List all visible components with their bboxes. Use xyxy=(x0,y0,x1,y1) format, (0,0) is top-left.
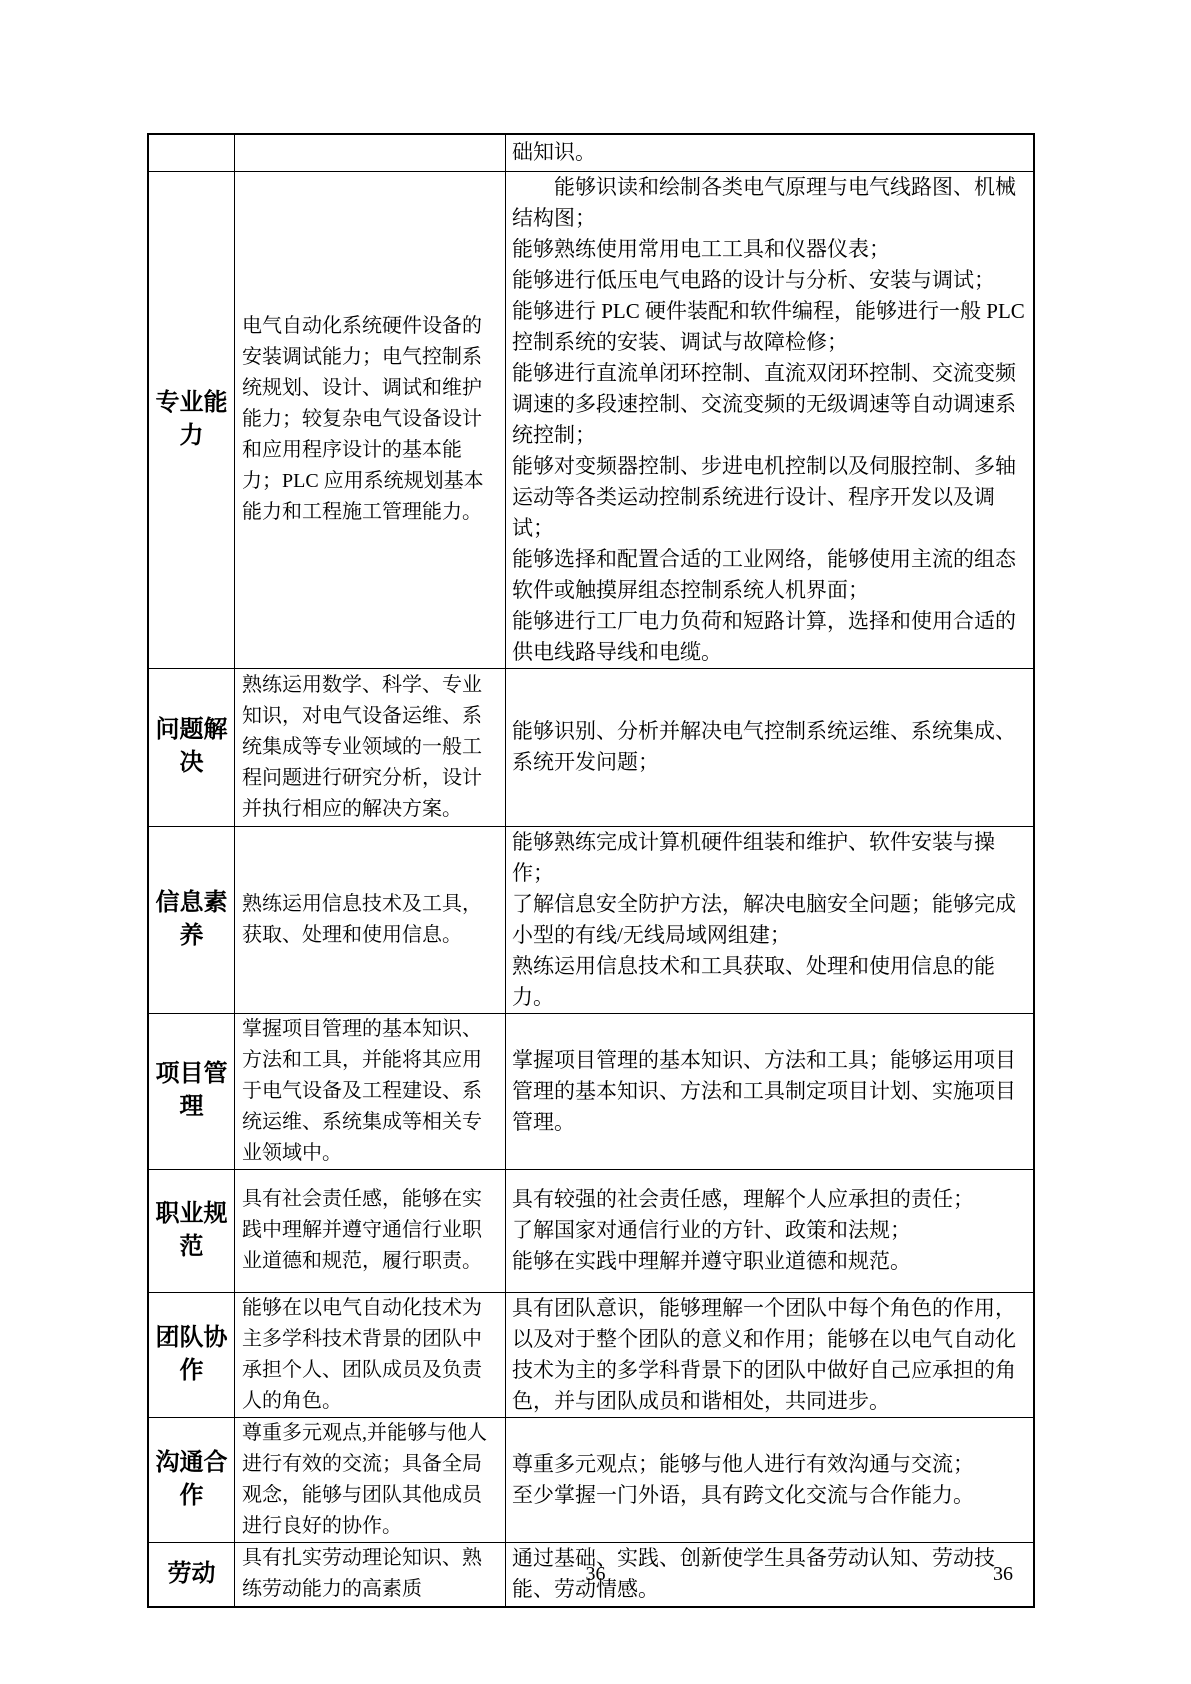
table-row: 团队协作 能够在以电气自动化技术为主多学科技术背景的团队中承担个人、团队成员及负… xyxy=(148,1292,1034,1417)
middle-text: 熟练运用数学、科学、专业知识，对电气设备运维、系统集成等专业领域的一般工程问题进… xyxy=(242,670,498,825)
detail-cell: 掌握项目管理的基本知识、方法和工具；能够运用项目管理的基本知识、方法和工具制定项… xyxy=(506,1013,1035,1169)
table-row: 信息素养 熟练运用信息技术及工具，获取、处理和使用信息。 能够熟练完成计算机硬件… xyxy=(148,826,1034,1013)
detail-paragraph: 具有团队意识，能够理解一个团队中每个角色的作用，以及对于整个团队的意义和作用；能… xyxy=(512,1293,1027,1417)
detail-paragraph: 熟练运用信息技术和工具获取、处理和使用信息的能力。 xyxy=(512,951,1027,1013)
label-cell: 项目管理 xyxy=(148,1013,235,1169)
detail-text: 础知识。 xyxy=(512,137,1027,168)
detail-text: 能够识别、分析并解决电气控制系统运维、系统集成、系统开发问题； xyxy=(512,716,1027,778)
detail-cell: 具有团队意识，能够理解一个团队中每个角色的作用，以及对于整个团队的意义和作用；能… xyxy=(506,1292,1035,1417)
label-cell: 职业规范 xyxy=(148,1169,235,1292)
detail-paragraph: 了解国家对通信行业的方针、政策和法规； xyxy=(512,1215,1027,1246)
label-cell: 沟通合作 xyxy=(148,1417,235,1542)
detail-text: 尊重多元观点；能够与他人进行有效沟通与交流；至少掌握一门外语，具有跨文化交流与合… xyxy=(512,1449,1027,1511)
label-cell: 团队协作 xyxy=(148,1292,235,1417)
detail-cell: 础知识。 xyxy=(506,134,1035,171)
footer-page-number-right: 36 xyxy=(993,1562,1013,1586)
table-row: 职业规范 具有社会责任感，能够在实践中理解并遵守通信行业职业道德和规范，履行职责… xyxy=(148,1169,1034,1292)
middle-cell: 掌握项目管理的基本知识、方法和工具，并能将其应用于电气设备及工程建设、系统运维、… xyxy=(235,1013,506,1169)
detail-cell: 能够熟练完成计算机硬件组装和维护、软件安装与操作；了解信息安全防护方法，解决电脑… xyxy=(506,826,1035,1013)
row-label: 沟通合作 xyxy=(154,1447,229,1513)
detail-text: 能够熟练完成计算机硬件组装和维护、软件安装与操作；了解信息安全防护方法，解决电脑… xyxy=(512,827,1027,1013)
row-label: 问题解决 xyxy=(154,714,229,780)
detail-paragraph: 至少掌握一门外语，具有跨文化交流与合作能力。 xyxy=(512,1480,1027,1511)
detail-paragraph: 础知识。 xyxy=(512,137,1027,168)
middle-cell: 熟练运用数学、科学、专业知识，对电气设备运维、系统集成等专业领域的一般工程问题进… xyxy=(235,668,506,826)
detail-paragraph: 能够在实践中理解并遵守职业道德和规范。 xyxy=(512,1246,1027,1277)
detail-paragraph: 能够识读和绘制各类电气原理与电气线路图、机械结构图； xyxy=(512,172,1027,234)
row-label: 信息素养 xyxy=(154,887,229,953)
row-label: 团队协作 xyxy=(154,1322,229,1388)
middle-text: 尊重多元观点,并能够与他人进行有效的交流；具备全局观念，能够与团队其他成员进行良… xyxy=(242,1418,498,1542)
detail-paragraph: 能够识别、分析并解决电气控制系统运维、系统集成、系统开发问题； xyxy=(512,716,1027,778)
detail-cell: 具有较强的社会责任感，理解个人应承担的责任；了解国家对通信行业的方针、政策和法规… xyxy=(506,1169,1035,1292)
detail-paragraph: 能够选择和配置合适的工业网络，能够使用主流的组态软件或触摸屏组态控制系统人机界面… xyxy=(512,544,1027,606)
middle-text: 能够在以电气自动化技术为主多学科技术背景的团队中承担个人、团队成员及负责人的角色… xyxy=(242,1293,498,1417)
table-row: 项目管理 掌握项目管理的基本知识、方法和工具，并能将其应用于电气设备及工程建设、… xyxy=(148,1013,1034,1169)
label-cell: 信息素养 xyxy=(148,826,235,1013)
detail-text: 具有团队意识，能够理解一个团队中每个角色的作用，以及对于整个团队的意义和作用；能… xyxy=(512,1293,1027,1417)
detail-paragraph: 了解信息安全防护方法，解决电脑安全问题；能够完成小型的有线/无线局域网组建； xyxy=(512,889,1027,951)
row-label: 专业能力 xyxy=(154,387,229,453)
middle-text: 电气自动化系统硬件设备的安装调试能力；电气控制系统规划、设计、调试和维护能力；较… xyxy=(242,311,498,528)
label-cell: 专业能力 xyxy=(148,171,235,668)
middle-text: 熟练运用信息技术及工具，获取、处理和使用信息。 xyxy=(242,889,498,951)
document-page: 础知识。 专业能力 电气自动化系统硬件设备的安装调试能力；电气控制系统规划、设计… xyxy=(0,0,1191,1684)
detail-cell: 能够识读和绘制各类电气原理与电气线路图、机械结构图；能够熟练使用常用电工工具和仪… xyxy=(506,171,1035,668)
middle-cell xyxy=(235,134,506,171)
detail-paragraph: 具有较强的社会责任感，理解个人应承担的责任； xyxy=(512,1184,1027,1215)
detail-paragraph: 能够进行直流单闭环控制、直流双闭环控制、交流变频调速的多段速控制、交流变频的无级… xyxy=(512,358,1027,451)
middle-text: 掌握项目管理的基本知识、方法和工具，并能将其应用于电气设备及工程建设、系统运维、… xyxy=(242,1014,498,1169)
table-row: 问题解决 熟练运用数学、科学、专业知识，对电气设备运维、系统集成等专业领域的一般… xyxy=(148,668,1034,826)
detail-paragraph: 能够熟练完成计算机硬件组装和维护、软件安装与操作； xyxy=(512,827,1027,889)
detail-paragraph: 能够进行低压电气电路的设计与分析、安装与调试； xyxy=(512,265,1027,296)
detail-paragraph: 能够对变频器控制、步进电机控制以及伺服控制、多轴运动等各类运动控制系统进行设计、… xyxy=(512,451,1027,544)
detail-cell: 能够识别、分析并解决电气控制系统运维、系统集成、系统开发问题； xyxy=(506,668,1035,826)
middle-cell: 能够在以电气自动化技术为主多学科技术背景的团队中承担个人、团队成员及负责人的角色… xyxy=(235,1292,506,1417)
detail-cell: 尊重多元观点；能够与他人进行有效沟通与交流；至少掌握一门外语，具有跨文化交流与合… xyxy=(506,1417,1035,1542)
detail-text: 掌握项目管理的基本知识、方法和工具；能够运用项目管理的基本知识、方法和工具制定项… xyxy=(512,1045,1027,1138)
middle-cell: 电气自动化系统硬件设备的安装调试能力；电气控制系统规划、设计、调试和维护能力；较… xyxy=(235,171,506,668)
label-cell: 问题解决 xyxy=(148,668,235,826)
detail-text: 能够识读和绘制各类电气原理与电气线路图、机械结构图；能够熟练使用常用电工工具和仪… xyxy=(512,172,1027,668)
detail-paragraph: 能够进行 PLC 硬件装配和软件编程，能够进行一般 PLC 控制系统的安装、调试… xyxy=(512,296,1027,358)
detail-text: 具有较强的社会责任感，理解个人应承担的责任；了解国家对通信行业的方针、政策和法规… xyxy=(512,1184,1027,1277)
table-row: 础知识。 xyxy=(148,134,1034,171)
detail-paragraph: 能够熟练使用常用电工工具和仪器仪表； xyxy=(512,234,1027,265)
middle-cell: 具有社会责任感，能够在实践中理解并遵守通信行业职业道德和规范，履行职责。 xyxy=(235,1169,506,1292)
competency-table: 础知识。 专业能力 电气自动化系统硬件设备的安装调试能力；电气控制系统规划、设计… xyxy=(147,133,1035,1608)
detail-paragraph: 掌握项目管理的基本知识、方法和工具；能够运用项目管理的基本知识、方法和工具制定项… xyxy=(512,1045,1027,1138)
row-label: 项目管理 xyxy=(154,1058,229,1124)
table-row: 沟通合作 尊重多元观点,并能够与他人进行有效的交流；具备全局观念，能够与团队其他… xyxy=(148,1417,1034,1542)
detail-paragraph: 尊重多元观点；能够与他人进行有效沟通与交流； xyxy=(512,1449,1027,1480)
middle-cell: 尊重多元观点,并能够与他人进行有效的交流；具备全局观念，能够与团队其他成员进行良… xyxy=(235,1417,506,1542)
row-label: 职业规范 xyxy=(154,1198,229,1264)
table-row: 专业能力 电气自动化系统硬件设备的安装调试能力；电气控制系统规划、设计、调试和维… xyxy=(148,171,1034,668)
middle-cell: 熟练运用信息技术及工具，获取、处理和使用信息。 xyxy=(235,826,506,1013)
middle-text: 具有社会责任感，能够在实践中理解并遵守通信行业职业道德和规范，履行职责。 xyxy=(242,1184,498,1277)
label-cell xyxy=(148,134,235,171)
detail-paragraph: 能够进行工厂电力负荷和短路计算，选择和使用合适的供电线路导线和电缆。 xyxy=(512,606,1027,668)
